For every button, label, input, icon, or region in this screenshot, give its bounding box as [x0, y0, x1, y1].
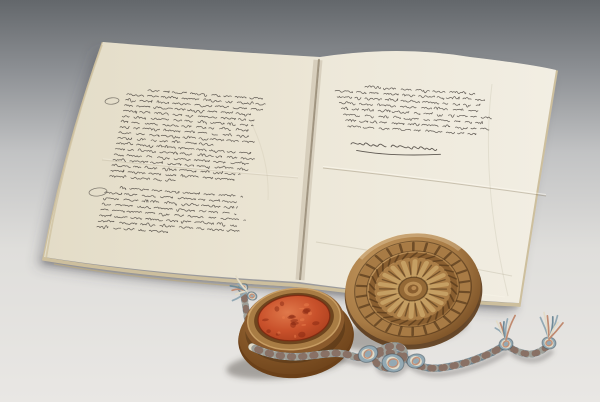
- manuscript: [44, 42, 556, 305]
- photo: [0, 0, 600, 402]
- photo-scene: [0, 0, 600, 402]
